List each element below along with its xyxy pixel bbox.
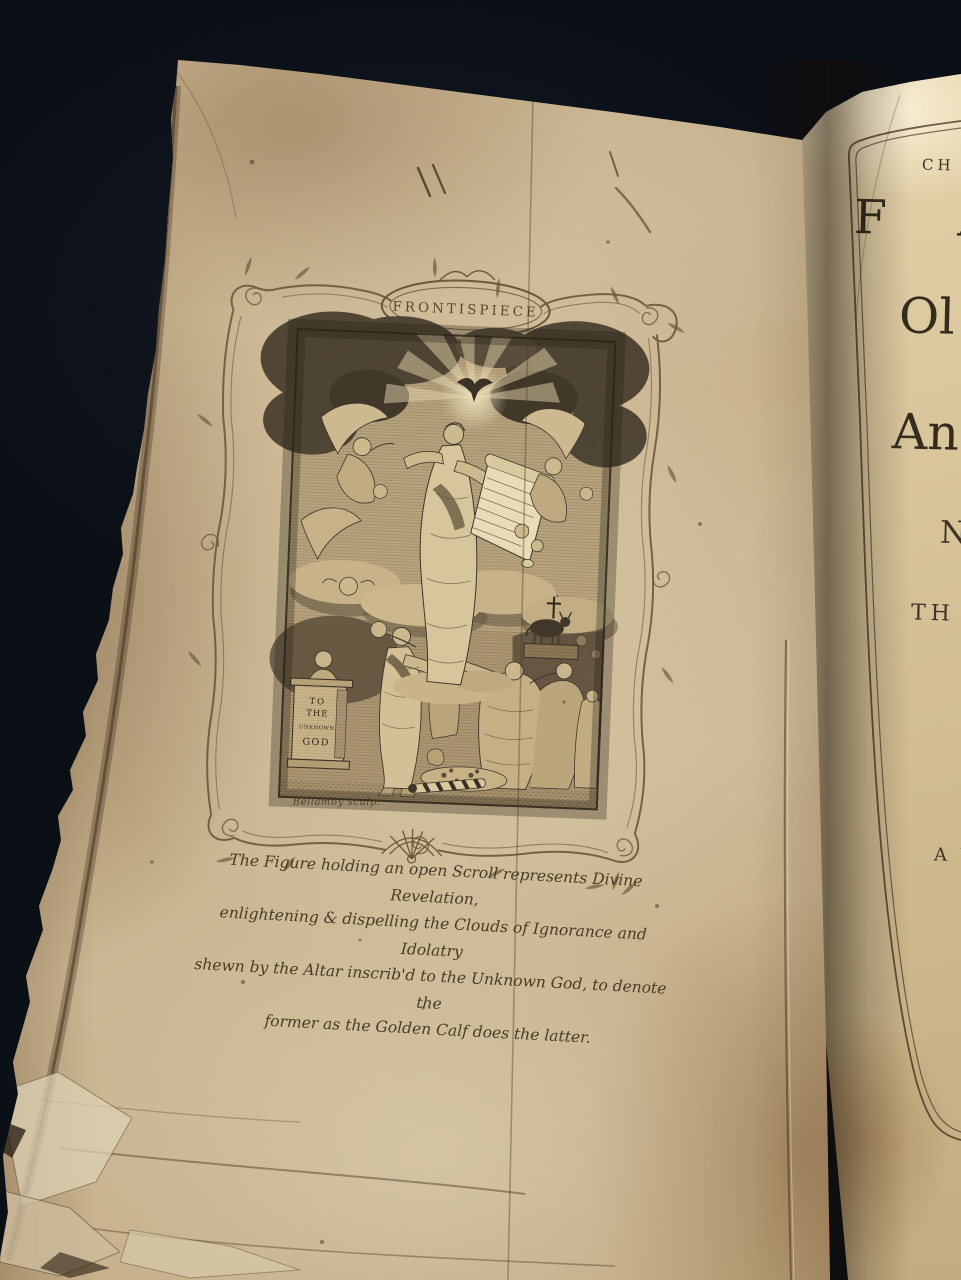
svg-text:GOD: GOD <box>302 737 330 749</box>
pen-marks <box>418 152 650 232</box>
recto-text-fragment: CH <box>922 156 955 175</box>
recto-text-fragment: N <box>940 515 961 552</box>
engraver-signature: Bellamby sculp. <box>293 797 381 808</box>
torn-left-edge <box>8 86 176 1260</box>
torn-paper-fragments <box>0 1072 300 1278</box>
svg-text:THE: THE <box>306 709 329 720</box>
recto-text-fragment: TH <box>911 600 955 626</box>
recto-text-fragment: A V <box>934 844 961 866</box>
plate-caption: The Figure holding an open Scroll repres… <box>188 845 675 1055</box>
engraving-illustration: TO THE UNKNOWN GOD <box>278 328 617 810</box>
altar-block: TO THE UNKNOWN GOD <box>287 678 353 769</box>
photograph-antique-book: CH F A Ol An N TH A V <box>0 0 961 1280</box>
svg-text:TO: TO <box>309 697 326 708</box>
frontispiece-plate: FRONTISPIECE <box>175 246 700 896</box>
